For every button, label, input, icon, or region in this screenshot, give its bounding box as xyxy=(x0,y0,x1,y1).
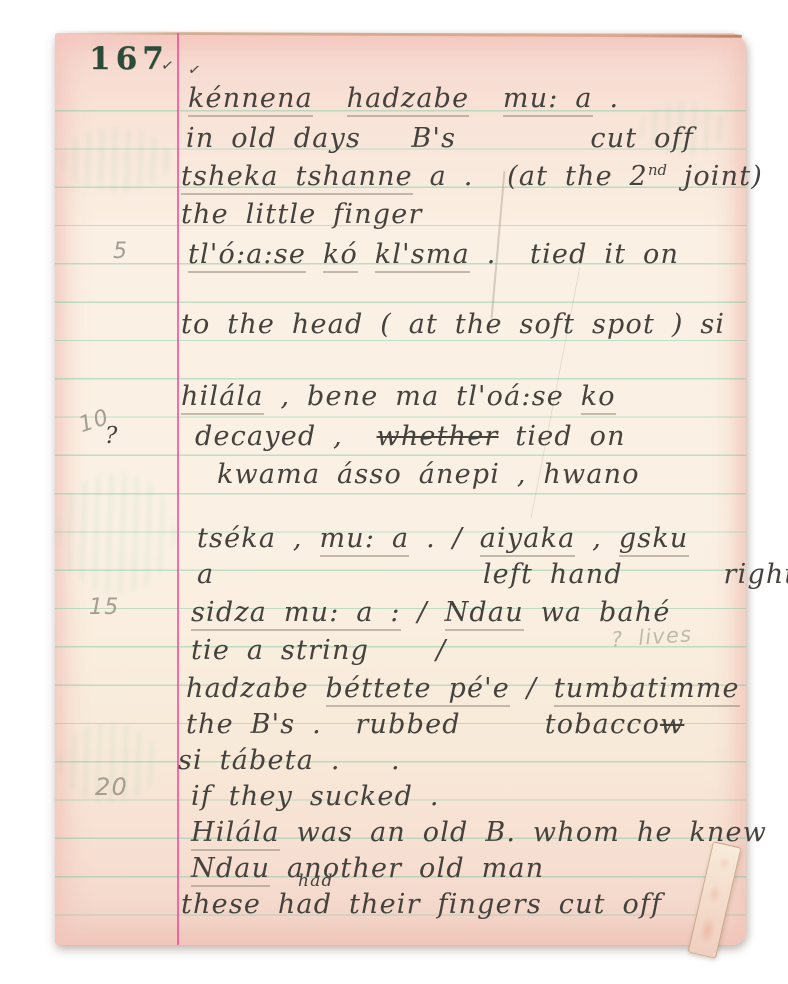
text-segment: w xyxy=(660,709,684,740)
text-segment: hadzabe xyxy=(347,83,470,117)
manuscript-layer: 510?1520kénnena hadzabe mu: a .in old da… xyxy=(55,33,746,945)
text-segment: nd xyxy=(648,161,667,179)
text-segment: hadzabe xyxy=(186,673,326,704)
text-segment: hilála xyxy=(181,381,264,415)
text-segment: aiyaka xyxy=(480,523,576,557)
line-16: si tábeta . . xyxy=(178,745,401,776)
text-segment: Ndau xyxy=(445,597,524,631)
pencil-note-lives: ? lives xyxy=(610,622,693,652)
text-segment: 20 xyxy=(95,773,128,801)
text-segment: 15 xyxy=(89,595,119,620)
text-segment: / xyxy=(510,673,554,704)
text-segment xyxy=(313,83,347,114)
line-09: kwama ásso ánepi , hwano xyxy=(217,459,640,490)
line-15: the B's . rubbed tobaccow xyxy=(186,709,684,740)
line-08: decayed , whether tied on xyxy=(195,421,626,452)
text-segment: kwama ásso ánepi , hwano xyxy=(217,459,640,490)
line-05: tl'ó:a:se kó kl'sma . tied it on xyxy=(188,239,679,270)
text-segment: , bene ma tl'oá:se xyxy=(264,381,581,412)
text-segment: , xyxy=(575,523,618,554)
text-segment: kl'sma xyxy=(375,239,470,273)
text-segment: Ndau xyxy=(191,853,270,887)
inserted-word-had: had xyxy=(298,871,334,891)
text-segment: si tábeta . . xyxy=(178,745,401,776)
text-segment: mu: a xyxy=(320,523,410,557)
text-segment: 5 xyxy=(113,239,128,264)
text-segment xyxy=(306,239,323,270)
text-segment: the B's . rubbed tobacco xyxy=(186,709,660,740)
margin-question-mark: ? xyxy=(105,423,119,449)
text-segment: in old days B's cut off xyxy=(186,123,694,154)
text-segment: tséka , xyxy=(197,523,320,554)
line-10: tséka , mu: a . / aiyaka , gsku xyxy=(197,523,689,554)
text-segment: béttete pé'e xyxy=(326,673,510,707)
text-segment xyxy=(358,239,375,270)
line-03: tsheka tshanne a . (at the 2nd joint) xyxy=(181,161,763,192)
notebook-page: 167 ✓ ✓ 510?1520kénnena hadzabe mu: a .i… xyxy=(55,33,746,945)
line-02: in old days B's cut off xyxy=(186,123,694,154)
text-segment: if they sucked . xyxy=(191,781,440,812)
line-20: these had their fingers cut off . xyxy=(181,889,706,920)
text-segment: kénnena xyxy=(188,83,313,117)
line-18: Hilála was an old B. whom he knew xyxy=(191,817,767,848)
line-17: if they sucked . xyxy=(191,781,440,812)
text-segment: a . (at the 2 xyxy=(413,161,648,192)
line-13: tie a string / xyxy=(191,635,446,666)
line-06: to the head ( at the soft spot ) si xyxy=(181,309,725,340)
text-segment: had xyxy=(298,871,334,891)
text-segment: ? xyxy=(105,423,119,449)
line-12: sidza mu: a : / Ndau wa bahé xyxy=(191,597,671,628)
line-11: a left hand right xyxy=(197,559,788,590)
margin-number-20: 20 xyxy=(95,773,128,801)
text-segment: whether xyxy=(377,421,499,452)
text-segment: kó xyxy=(323,239,358,273)
line-19: Ndau another old man xyxy=(191,853,544,884)
line-14: hadzabe béttete pé'e / tumbatimme xyxy=(186,673,740,704)
text-segment: Hilála xyxy=(191,817,280,851)
line-07: hilála , bene ma tl'oá:se ko xyxy=(181,381,616,412)
text-segment: . / xyxy=(409,523,479,554)
line-04: the little finger xyxy=(181,199,423,230)
text-segment: . xyxy=(593,83,620,114)
text-segment: ? lives xyxy=(610,622,693,652)
text-segment: decayed , xyxy=(195,421,377,452)
line-01: kénnena hadzabe mu: a . xyxy=(188,83,619,114)
margin-number-5: 5 xyxy=(113,239,128,264)
text-segment: to the head ( at the soft spot ) si xyxy=(181,309,725,340)
text-segment: sidza mu: a : xyxy=(191,597,401,631)
text-segment: gsku xyxy=(619,523,689,557)
text-segment: the little finger xyxy=(181,199,423,230)
text-segment xyxy=(469,83,503,114)
text-segment: / xyxy=(401,597,445,628)
text-segment: tie a string / xyxy=(191,635,446,666)
text-segment: mu: a xyxy=(503,83,593,117)
text-segment: . tied it on xyxy=(470,239,679,270)
text-segment: these had their fingers cut off . xyxy=(181,889,706,920)
text-segment: tied on xyxy=(499,421,626,452)
text-segment: was an old B. whom he knew xyxy=(280,817,767,848)
text-segment: tl'ó:a:se xyxy=(188,239,306,273)
text-segment: ko xyxy=(581,381,616,415)
scan-background: 167 ✓ ✓ 510?1520kénnena hadzabe mu: a .i… xyxy=(0,0,788,984)
text-segment: wa bahé xyxy=(524,597,671,628)
margin-number-15: 15 xyxy=(89,595,119,620)
text-segment: tumbatimme xyxy=(554,673,740,707)
text-segment: a left hand right xyxy=(197,559,788,590)
text-segment: tsheka tshanne xyxy=(181,161,413,195)
text-segment: joint) xyxy=(667,161,763,192)
